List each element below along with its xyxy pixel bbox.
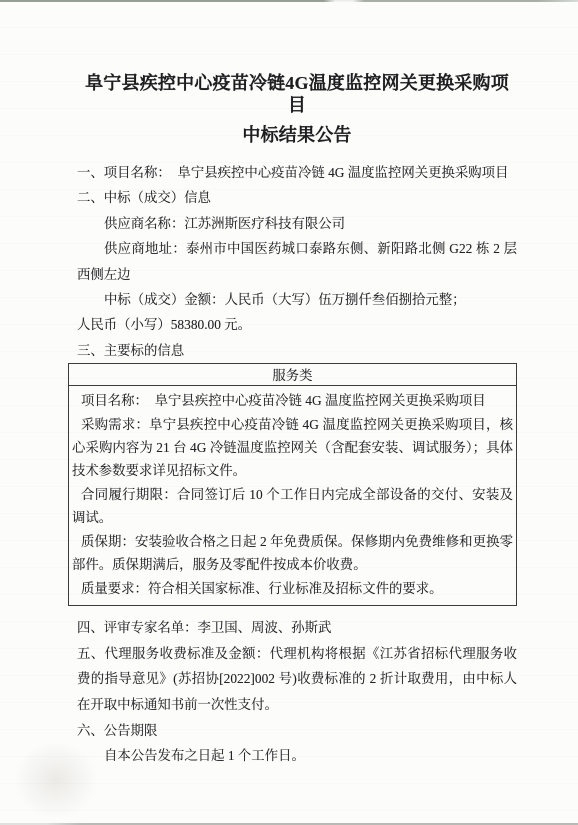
table-body-cell: 项目名称： 阜宁县疾控中心疫苗冷链 4G 温度监控网关更换采购项目 采购需求：阜…	[69, 386, 517, 606]
supplier-name-line: 供应商名称：江苏洲斯医疗科技有限公司	[77, 211, 517, 236]
subject-info-table: 服务类 项目名称： 阜宁县疾控中心疫苗冷链 4G 温度监控网关更换采购项目 采购…	[68, 363, 517, 606]
section3-heading: 三、主要标的信息	[77, 338, 517, 363]
amount-in-words-line: 中标（成交）金额：人民币（大写）伍万捌仟叁佰捌拾元整；	[77, 287, 517, 312]
document-page: 阜宁县疾控中心疫苗冷链4G温度监控网关更换采购项目 中标结果公告 一、项目名称：…	[0, 0, 578, 825]
table-paragraph-project-name: 项目名称： 阜宁县疾控中心疫苗冷链 4G 温度监控网关更换采购项目	[72, 389, 513, 412]
project-name-line: 一、项目名称： 阜宁县疾控中心疫苗冷链 4G 温度监控网关更换采购项目	[77, 160, 517, 185]
amount-in-figures-line: 人民币（小写）58380.00 元。	[77, 312, 517, 337]
table-paragraph-quality-requirement: 质量要求：符合相关国家标准、行业标准及招标文件的要求。	[72, 577, 513, 600]
table-header-service-category: 服务类	[69, 364, 517, 386]
scan-edge-top	[0, 0, 578, 2]
document-content: 阜宁县疾控中心疫苗冷链4G温度监控网关更换采购项目 中标结果公告 一、项目名称：…	[77, 72, 517, 769]
table-body-row: 项目名称： 阜宁县疾控中心疫苗冷链 4G 温度监控网关更换采购项目 采购需求：阜…	[69, 386, 517, 606]
table-paragraph-contract-period: 合同履行期限：合同签订后 10 个工作日内完成全部设备的交付、安装及调试。	[72, 483, 513, 530]
table-header-row: 服务类	[69, 364, 517, 386]
section2-heading: 二、中标（成交）信息	[77, 185, 517, 210]
document-title-line1: 阜宁县疾控中心疫苗冷链4G温度监控网关更换采购项目	[77, 72, 517, 116]
section4-experts-line: 四、评审专家名单：李卫国、周波、孙斯武	[77, 615, 517, 641]
table-paragraph-warranty: 质保期：安装验收合格之日起 2 年免费质保。保修期内免费维修和更换零部件。质保期…	[72, 530, 513, 577]
notice-period-body: 自本公告发布之日起 1 个工作日。	[77, 743, 517, 769]
table-paragraph-procurement-demand: 采购需求：阜宁县疾控中心疫苗冷链 4G 温度监控网关更换采购项目，核心采购内容为…	[72, 413, 513, 483]
supplier-address-line: 供应商地址：泰州市中国医药城口泰路东侧、新阳路北侧 G22 栋 2 层西侧左边	[77, 236, 517, 287]
document-title-line2: 中标结果公告	[77, 124, 517, 146]
section6-heading: 六、公告期限	[77, 718, 517, 744]
section5-agency-fee-paragraph: 五、代理服务收费标准及金额：代理机构将根据《江苏省招标代理服务收费的指导意见》(…	[77, 641, 517, 718]
